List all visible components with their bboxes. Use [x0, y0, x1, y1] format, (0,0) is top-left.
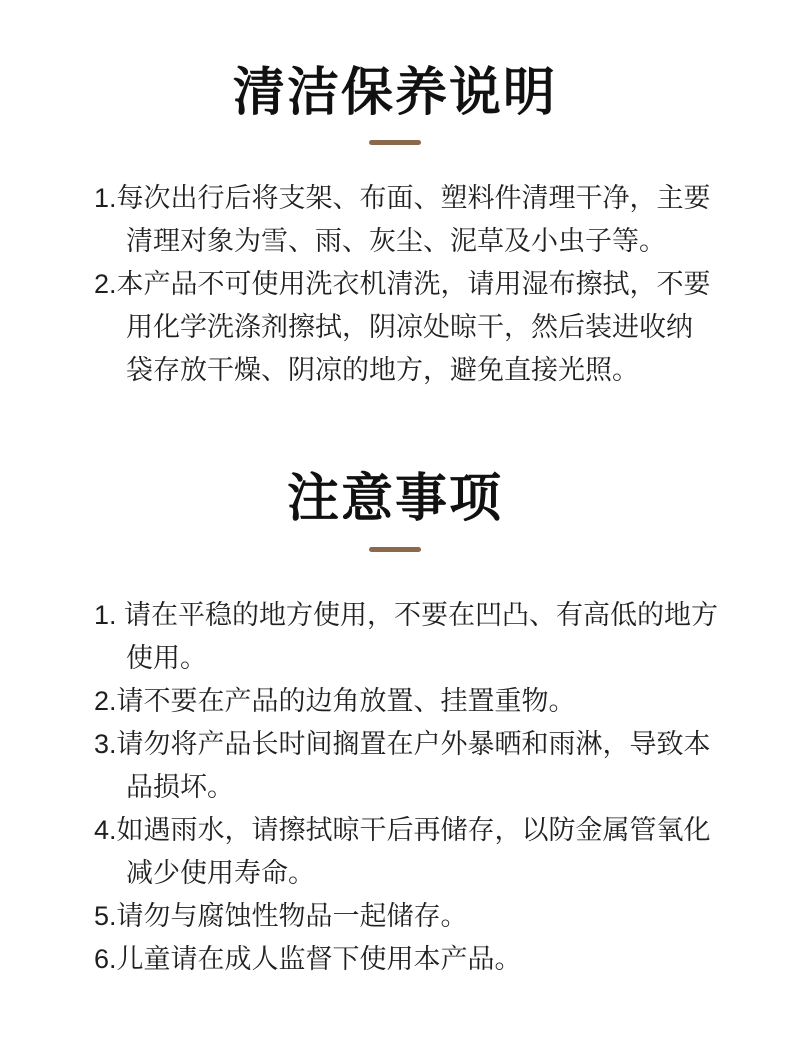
item-text: 请勿将产品长时间搁置在户外暴晒和雨淋，导致本品损坏。 [117, 729, 711, 802]
title-divider [369, 547, 421, 552]
list-item: 1. 请在平稳的地方使用，不要在凹凸、有高低的地方使用。 [94, 594, 719, 680]
title-divider [369, 140, 421, 145]
item-number: 5. [94, 901, 117, 931]
cleaning-section-title: 清洁保养说明 [0, 0, 790, 124]
precautions-section-title: 注意事项 [0, 392, 790, 530]
section-precautions: 注意事项 1. 请在平稳的地方使用，不要在凹凸、有高低的地方使用。 2.请不要在… [0, 392, 790, 980]
precautions-list: 1. 请在平稳的地方使用，不要在凹凸、有高低的地方使用。 2.请不要在产品的边角… [94, 594, 719, 981]
care-instruction-sheet: 清洁保养说明 1.每次出行后将支架、布面、塑料件清理干净，主要清理对象为雪、雨、… [0, 0, 790, 1042]
item-text: 如遇雨水，请擦拭晾干后再储存，以防金属管氧化减少使用寿命。 [117, 815, 711, 888]
section-cleaning-care: 清洁保养说明 1.每次出行后将支架、布面、塑料件清理干净，主要清理对象为雪、雨、… [0, 0, 790, 392]
item-number: 1. [94, 183, 117, 213]
list-item: 5.请勿与腐蚀性物品一起储存。 [94, 895, 719, 938]
list-item: 3.请勿将产品长时间搁置在户外暴晒和雨淋，导致本品损坏。 [94, 723, 719, 809]
item-number: 2. [94, 269, 117, 299]
item-number: 6. [94, 944, 117, 974]
item-text: 请不要在产品的边角放置、挂置重物。 [117, 686, 576, 716]
item-text: 请勿与腐蚀性物品一起储存。 [117, 901, 468, 931]
item-number: 3. [94, 729, 117, 759]
list-item: 6.儿童请在成人监督下使用本产品。 [94, 938, 719, 981]
list-item: 2.本产品不可使用洗衣机清洗，请用湿布擦拭，不要用化学洗涤剂擦拭，阴凉处晾干，然… [94, 263, 719, 392]
item-number: 4. [94, 815, 117, 845]
cleaning-instructions-list: 1.每次出行后将支架、布面、塑料件清理干净，主要清理对象为雪、雨、灰尘、泥草及小… [94, 177, 719, 392]
item-number: 1. [94, 600, 124, 630]
list-item: 2.请不要在产品的边角放置、挂置重物。 [94, 680, 719, 723]
item-text: 本产品不可使用洗衣机清洗，请用湿布擦拭，不要用化学洗涤剂擦拭，阴凉处晾干，然后装… [117, 269, 711, 385]
item-text: 儿童请在成人监督下使用本产品。 [117, 944, 522, 974]
item-number: 2. [94, 686, 117, 716]
item-text: 请在平稳的地方使用，不要在凹凸、有高低的地方使用。 [124, 600, 718, 673]
list-item: 1.每次出行后将支架、布面、塑料件清理干净，主要清理对象为雪、雨、灰尘、泥草及小… [94, 177, 719, 263]
list-item: 4.如遇雨水，请擦拭晾干后再储存，以防金属管氧化减少使用寿命。 [94, 809, 719, 895]
item-text: 每次出行后将支架、布面、塑料件清理干净，主要清理对象为雪、雨、灰尘、泥草及小虫子… [117, 183, 711, 256]
